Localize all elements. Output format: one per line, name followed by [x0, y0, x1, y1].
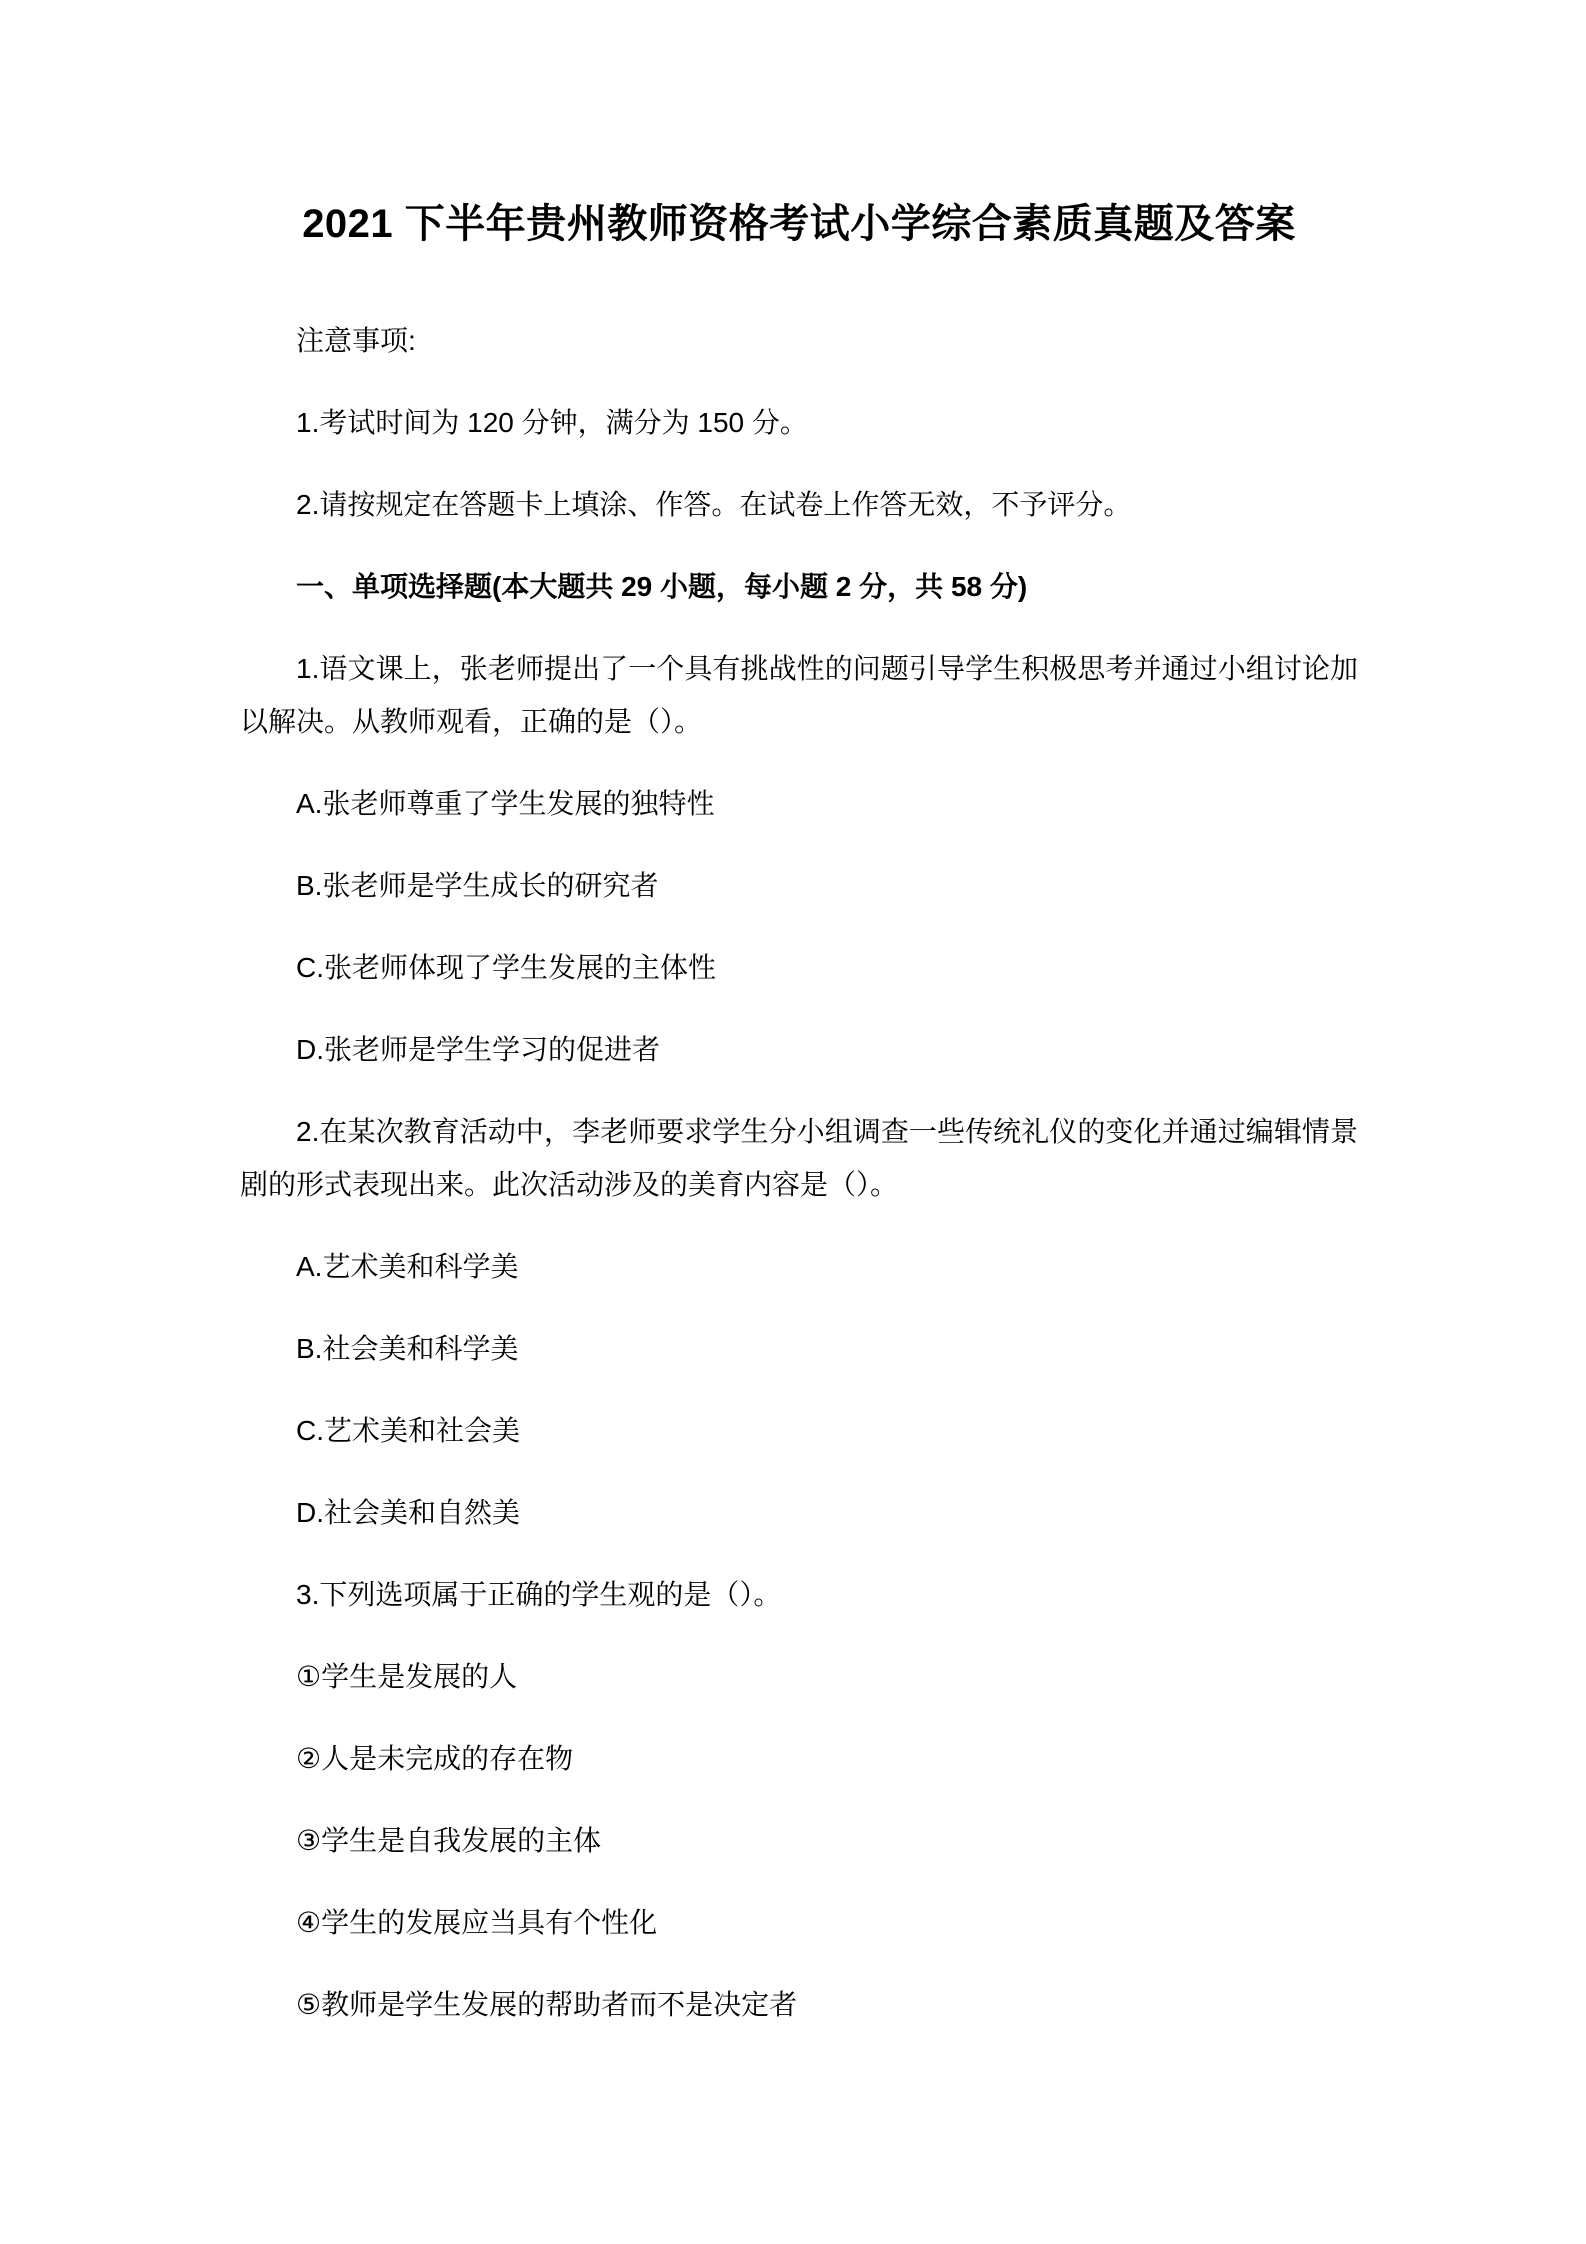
notice-label: 注意事项:	[240, 314, 1358, 367]
notice-item: 2.请按规定在答题卡上填涂、作答。在试卷上作答无效，不予评分。	[240, 478, 1358, 531]
question-stem: 1.语文课上，张老师提出了一个具有挑战性的问题引导学生积极思考并通过小组讨论加以…	[240, 642, 1358, 748]
question-option: ④学生的发展应当具有个性化	[240, 1896, 1358, 1949]
question-option: B.社会美和科学美	[240, 1322, 1358, 1375]
question-option: B.张老师是学生成长的研究者	[240, 859, 1358, 912]
question-option: ②人是未完成的存在物	[240, 1732, 1358, 1785]
question-option: D.社会美和自然美	[240, 1486, 1358, 1539]
question-option: A.张老师尊重了学生发展的独特性	[240, 777, 1358, 830]
notice-item: 1.考试时间为 120 分钟，满分为 150 分。	[240, 396, 1358, 449]
section-heading: 一、单项选择题(本大题共 29 小题，每小题 2 分，共 58 分)	[240, 560, 1358, 613]
question-option: ①学生是发展的人	[240, 1650, 1358, 1703]
document-body: 注意事项:1.考试时间为 120 分钟，满分为 150 分。2.请按规定在答题卡…	[240, 314, 1358, 2031]
question-option: A.艺术美和科学美	[240, 1240, 1358, 1293]
question-option: ⑤教师是学生发展的帮助者而不是决定者	[240, 1978, 1358, 2031]
document-page: 2021 下半年贵州教师资格考试小学综合素质真题及答案 注意事项:1.考试时间为…	[0, 0, 1586, 2244]
question-option: D.张老师是学生学习的促进者	[240, 1023, 1358, 1076]
question-stem: 3.下列选项属于正确的学生观的是（）。	[240, 1568, 1358, 1621]
question-option: C.张老师体现了学生发展的主体性	[240, 941, 1358, 994]
question-option: C.艺术美和社会美	[240, 1404, 1358, 1457]
question-stem: 2.在某次教育活动中，李老师要求学生分小组调查一些传统礼仪的变化并通过编辑情景剧…	[240, 1105, 1358, 1211]
document-title: 2021 下半年贵州教师资格考试小学综合素质真题及答案	[240, 196, 1358, 252]
question-option: ③学生是自我发展的主体	[240, 1814, 1358, 1867]
